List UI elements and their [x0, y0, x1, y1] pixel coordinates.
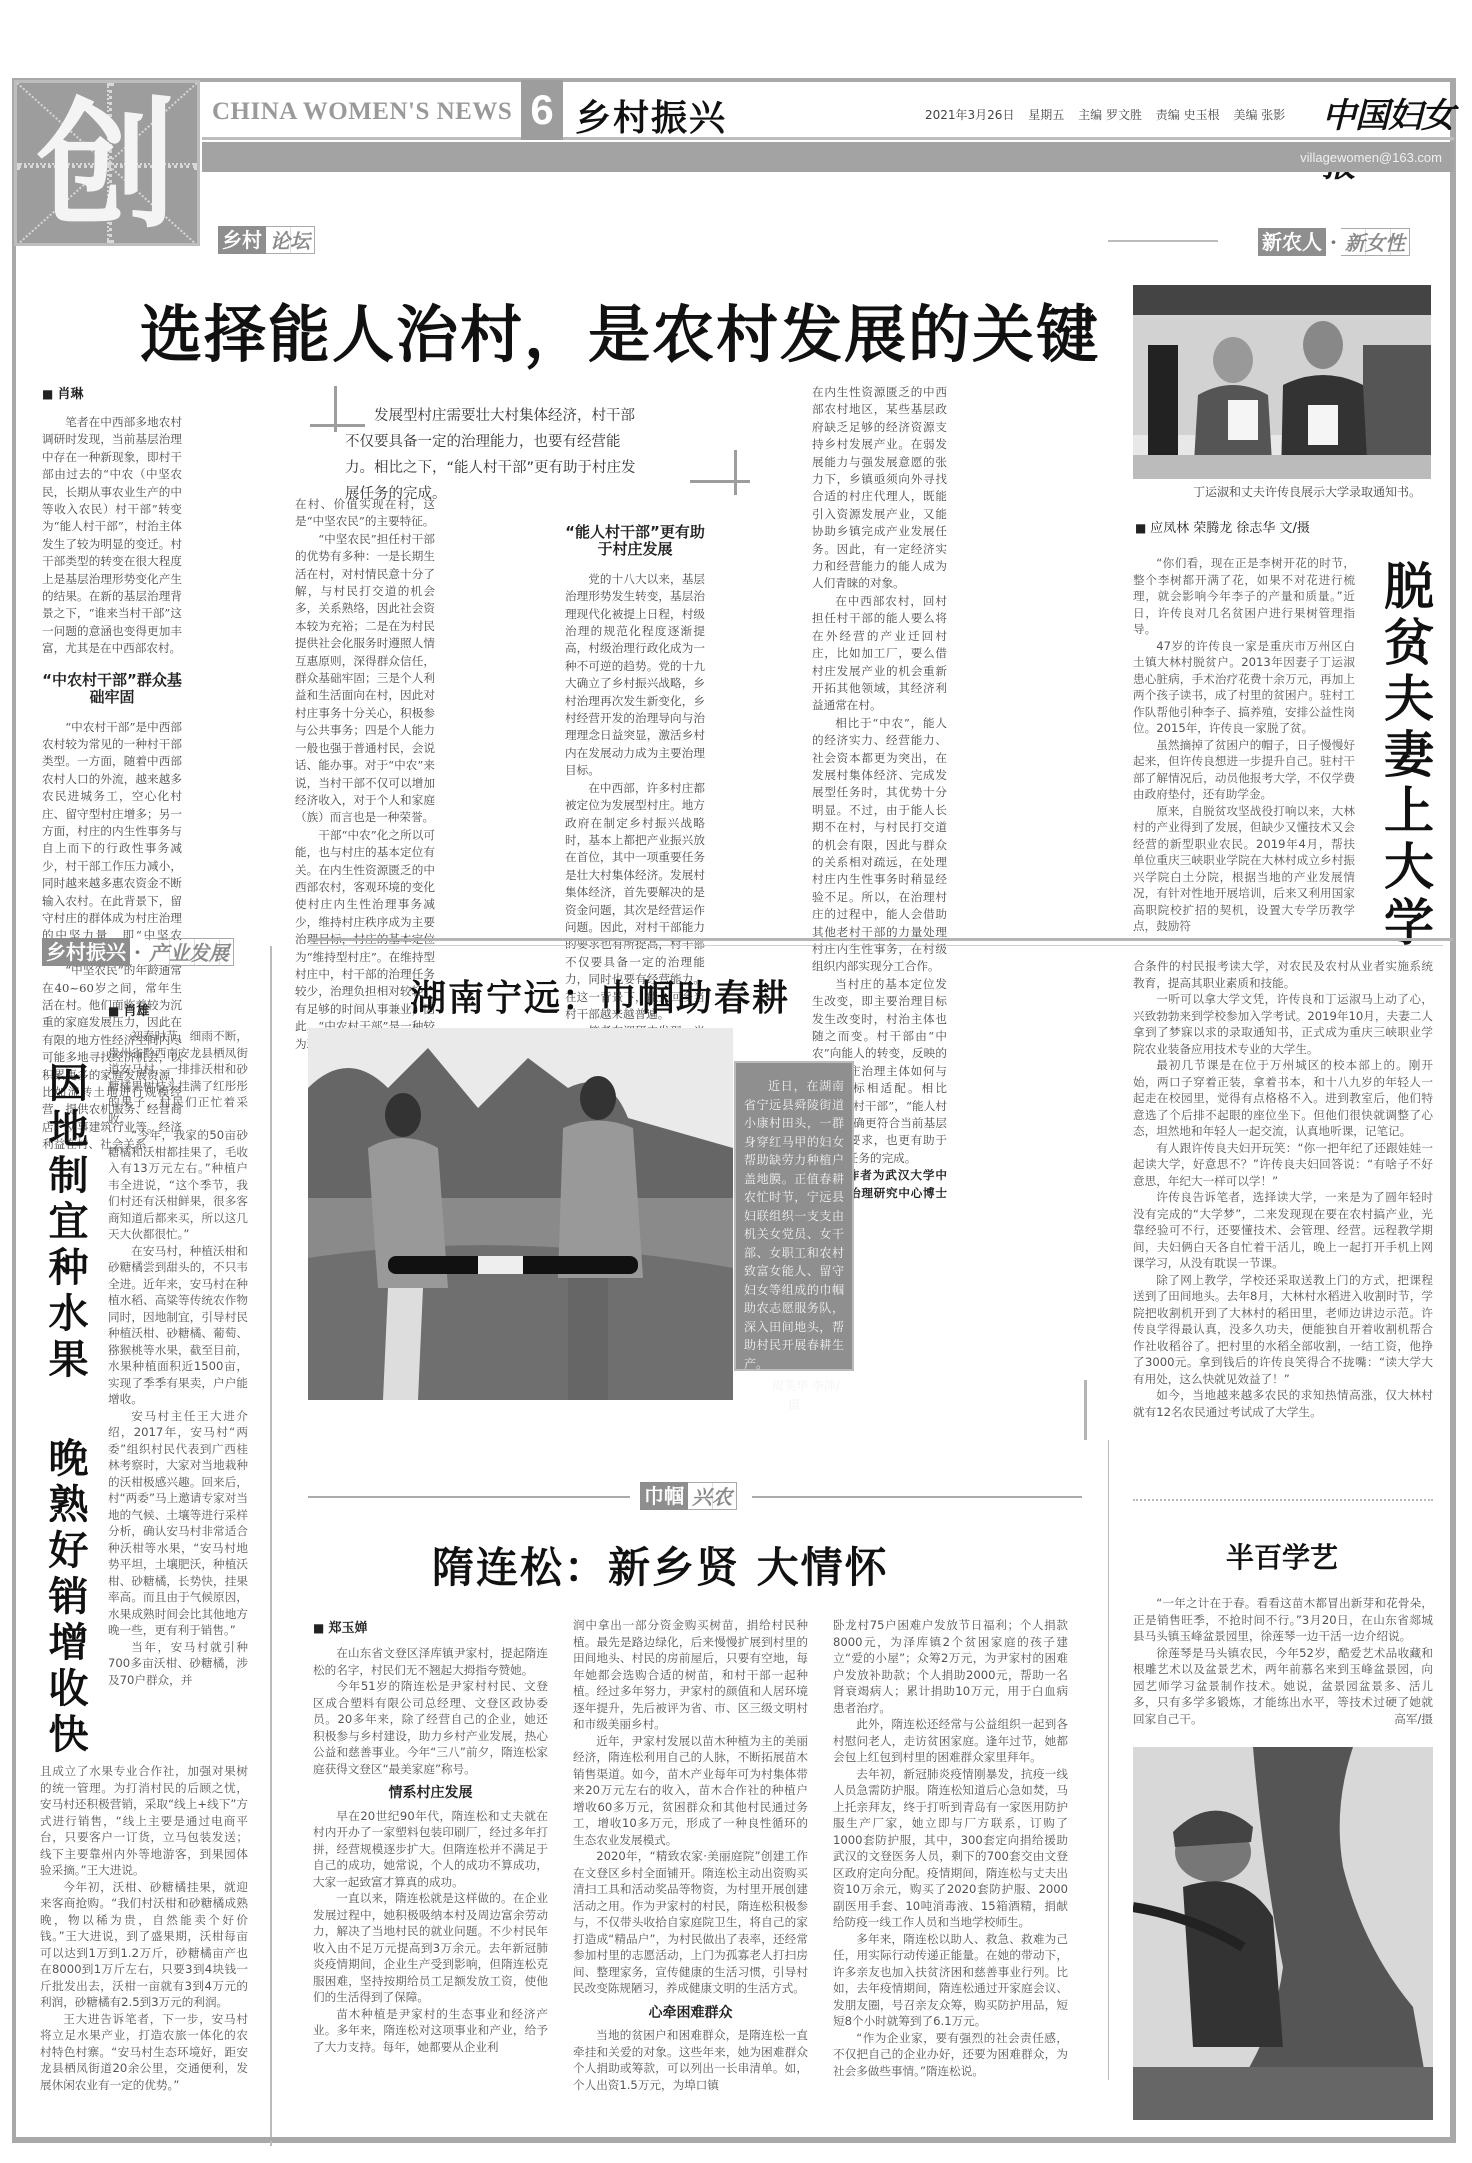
new-farmer-column-narrow: “你们看，现在正是李树开花的时节，整个李树都开满了花，如果不对花进行梳理，就会影…	[1133, 555, 1355, 935]
fruit-column-wide: 且成立了水果专业合作社，加强对果树的统一管理。为打消村民的后顾之忧，安马村还积极…	[40, 1763, 248, 2093]
sui-column-2: 润中拿出一部分资金购买树苗，捐给村民种植。最先是路边绿化，后来慢慢扩展到村里的田…	[573, 1617, 808, 2093]
new-farmer-column-wide: 合条件的村民报考读大学，对农民及农村从业者实施系统教育，提高其职业素质和技能。 …	[1133, 958, 1433, 1420]
tag-women-farming: 巾帼 兴农	[640, 1482, 737, 1510]
forum-subhead-1: “中农村干部”群众基础牢固	[42, 672, 182, 707]
couple-photo-caption: 丁运淑和丈夫许传良展示大学录取通知书。	[1193, 483, 1421, 500]
page-number: 6	[521, 80, 563, 140]
sui-column-1: 在山东省文登区泽库镇尹家村，提起隋连松的名字，村民们无不翘起大拇指夸赞她。 今年…	[313, 1645, 548, 2055]
feature-frame	[308, 938, 1453, 941]
bonsai-text: “一年之计在于春。看看这苗木都冒出新芽和花骨朵，正是销售旺季，不抢时间不行。”3…	[1133, 1595, 1433, 1728]
fruit-byline: 肖雄	[108, 1000, 150, 1019]
column-divider	[270, 946, 272, 2146]
feature-headline: 湖南宁远：巾帼助春耕	[410, 970, 790, 1021]
feature-photo-credit: 周芙华 李萍/摄	[744, 1377, 844, 1414]
sui-headline: 隋连松：新乡贤 大情怀	[432, 1535, 889, 1595]
art-editor: 美编 张影	[1233, 108, 1285, 122]
forum-subhead-2: “能人村干部”更有助于村庄发展	[565, 524, 705, 559]
bonsai-photo	[1133, 1747, 1433, 2120]
couple-photo	[1133, 285, 1431, 479]
forum-byline: 肖琳	[42, 383, 84, 402]
section-title: 乡村振兴	[575, 90, 727, 141]
feature-caption: 近日，在湖南省宁远县舜陵街道小康村田头，一群身穿红马甲的妇女帮助缺劳力种植户盖地…	[744, 1077, 844, 1373]
section-logo: 创	[14, 80, 200, 246]
issue-weekday: 星期五	[1028, 108, 1064, 122]
bonsai-headline: 半百学艺	[1226, 1536, 1338, 1576]
dotted-divider	[1133, 1499, 1433, 1501]
tag-rural-forum: 乡村 论坛	[218, 226, 315, 254]
page-bottom-rule	[14, 2137, 1454, 2141]
pull-quote: 发展型村庄需要壮大村集体经济，村干部不仅要具备一定的治理能力，也要有经营能力。相…	[345, 403, 645, 507]
spring-farming-photo	[308, 1028, 733, 1400]
new-farmer-headline: 脱贫夫妻上大学	[1378, 560, 1432, 952]
sui-column-3: 卧龙村75户困难户发放节日福利；个人捐款8000元，为泽库镇2个贫困家庭的孩子建…	[833, 1617, 1068, 2079]
header-band	[202, 142, 1454, 172]
new-farmer-byline: 应凤林 荣腾龙 徐志华 文/摄	[1135, 517, 1310, 536]
responsible-editor: 责编 史玉根	[1156, 108, 1220, 122]
fruit-column-narrow: 初春时节，细雨不断，贵州省黔西南安龙县栖凤街道安马村，一排排沃柑和砂糖橘果树枝头…	[108, 1028, 248, 1688]
english-title: CHINA WOMEN'S NEWS	[212, 98, 512, 126]
contact-email[interactable]: villagewomen@163.com	[1300, 150, 1442, 165]
issue-date: 2021年3月26日	[925, 108, 1014, 122]
fruit-headline: 因地制宜种水果 晚熟好销增收快	[44, 1062, 86, 1759]
sui-byline: 郑玉婵	[313, 1617, 368, 1636]
forum-headline: 选择能人治村，是农村发展的关键	[140, 285, 1100, 374]
logo-character: 创	[17, 83, 197, 243]
tag-industry-development: 乡村振兴 · 产业发展	[42, 938, 234, 966]
sui-subhead-2: 心牵困难群众	[573, 2005, 808, 2022]
divider	[1108, 240, 1218, 242]
feature-caption-box: 近日，在湖南省宁远县舜陵街道小康村田头，一群身穿红马甲的妇女帮助缺劳力种植户盖地…	[734, 1061, 854, 1371]
sui-subhead-1: 情系村庄发展	[313, 1785, 548, 1802]
issue-meta: 2021年3月26日 星期五 主编 罗文胜 责编 史玉根 美编 张影	[925, 106, 1295, 123]
tag-new-farmer: 新农人 · 新女性	[1258, 228, 1410, 256]
chief-editor: 主编 罗文胜	[1078, 108, 1142, 122]
